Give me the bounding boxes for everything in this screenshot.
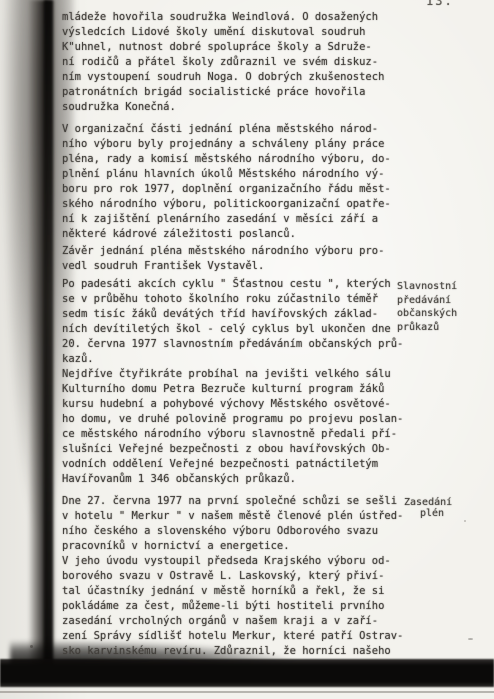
text-line: ho domu, ve druhé polovině programu po p… — [62, 412, 410, 427]
paragraph: V organizační části jednání pléna městsk… — [62, 122, 410, 242]
text-line: se v průběhu tohoto školního roku zúčast… — [62, 292, 410, 307]
text-line: zasedání vrcholných orgánů v našem kraji… — [62, 614, 410, 629]
text-line: pléna, rady a komisí městského národního… — [62, 152, 410, 167]
text-line: výsledcích Lidové školy umění diskutoval… — [62, 25, 410, 40]
text-line: pracovníků v hornictví a energetice. — [62, 539, 410, 554]
scan-speck — [30, 645, 33, 648]
text-line: Slavnostní — [397, 280, 489, 294]
text-line: Havířovanům 1 346 občanských průkazů. — [62, 472, 410, 487]
paragraph: Nejdříve čtyřikráte probíhal na jevišti … — [62, 367, 410, 487]
text-line: Dne 27. června 1977 na první společné sc… — [62, 494, 410, 509]
text-line: zení Správy sídlišť hotelu Merkur, které… — [62, 629, 410, 644]
paragraph: Závěr jednání pléna městského národního … — [62, 244, 410, 274]
margin-note-plenum-session: Zasedáníplén — [404, 496, 490, 520]
margin-note-ceremonial-id-cards: Slavnostnípředáváníobčanskýchprůkazů — [397, 280, 489, 334]
text-line: ského národního výboru, politickoorganiz… — [62, 197, 410, 212]
binding-gutter-core — [44, 0, 53, 672]
text-line: ního výboru byly projednány a schváleny … — [62, 137, 410, 152]
text-line: ní rodičů a přátel školy zdůraznil ve sv… — [62, 55, 410, 70]
text-line: 20. června 1977 slavnostním předáváním o… — [62, 337, 410, 352]
text-line: pokládáme za čest, můžeme-li býti hostit… — [62, 599, 410, 614]
text-line: v hotelu " Merkur " v našem městě členov… — [62, 509, 410, 524]
text-line: kazů. — [62, 352, 410, 367]
paragraph: Po padesáti akcích cyklu " Šťastnou cest… — [62, 277, 410, 367]
text-line: ního českého a slovenského výboru Odboro… — [62, 524, 410, 539]
text-line: ce městského národního výboru slavnostně… — [62, 427, 410, 442]
text-line: kursu hudební a pohybové výchovy Městské… — [62, 397, 410, 412]
text-line: soudružka Konečná. — [62, 100, 410, 115]
text-line: občanských — [397, 307, 489, 321]
text-line: Nejdříve čtyřikráte probíhal na jevišti … — [62, 367, 410, 382]
page-number: 13. — [426, 0, 454, 8]
text-line: předávání — [397, 294, 489, 308]
text-line: průkazů — [397, 321, 489, 335]
paragraph: V jeho úvodu vystoupil předseda Krajskéh… — [62, 554, 410, 659]
text-line: plnění plánu hlavních úkolů Městského ná… — [62, 167, 410, 182]
text-line: K"uhnel, nutnost dobré spolupráce školy … — [62, 40, 410, 55]
text-line: tal účastníky jednání v městě horníků a … — [62, 584, 410, 599]
text-line: ní k zajištění plenárního zasedání v měs… — [62, 212, 410, 227]
text-line: některé kádrové záležitosti poslanců. — [62, 227, 410, 242]
text-line: boru pro rok 1977, doplnění organizačníh… — [62, 182, 410, 197]
text-line: V jeho úvodu vystoupil předseda Krajskéh… — [62, 554, 410, 569]
scan-speck — [468, 638, 473, 640]
text-line: vodních oddělení Veřejné bezpečnosti pat… — [62, 457, 410, 472]
text-line: Kulturního domu Petra Bezruče kulturní p… — [62, 382, 410, 397]
text-line: sko karvinskému revíru. Zdůraznil, že ho… — [62, 644, 410, 659]
typewritten-text-block: mládeže hovořila soudružka Weindlová. O … — [62, 10, 410, 659]
text-line: Závěr jednání pléna městského národního … — [62, 244, 410, 259]
paragraph: mládeže hovořila soudružka Weindlová. O … — [62, 10, 410, 115]
text-line: mládeže hovořila soudružka Weindlová. O … — [62, 10, 410, 25]
text-line: V organizační části jednání pléna městsk… — [62, 122, 410, 137]
page-edge-line — [0, 691, 494, 693]
text-line: vedl soudruh František Vystavěl. — [62, 259, 410, 274]
scan-bottom-black-band — [0, 659, 494, 687]
scan-speck — [464, 520, 466, 522]
paragraph: Dne 27. června 1977 na první společné sc… — [62, 494, 410, 554]
text-line: patronátních brigád socialistické práce … — [62, 85, 410, 100]
text-line: sedm tisíc žáků devátých tříd havířovský… — [62, 307, 410, 322]
text-line: slušníci Veřejné bezpečnosti z obou haví… — [62, 442, 410, 457]
text-line: ním vystoupení soudruh Noga. O dobrých z… — [62, 70, 410, 85]
text-line: borového svazu v Ostravě L. Laskovský, k… — [62, 569, 410, 584]
text-line: plén — [420, 507, 490, 521]
text-line: ních devítiletých škol - celý cyklus byl… — [62, 322, 410, 337]
text-line: Po padesáti akcích cyklu " Šťastnou cest… — [62, 277, 410, 292]
